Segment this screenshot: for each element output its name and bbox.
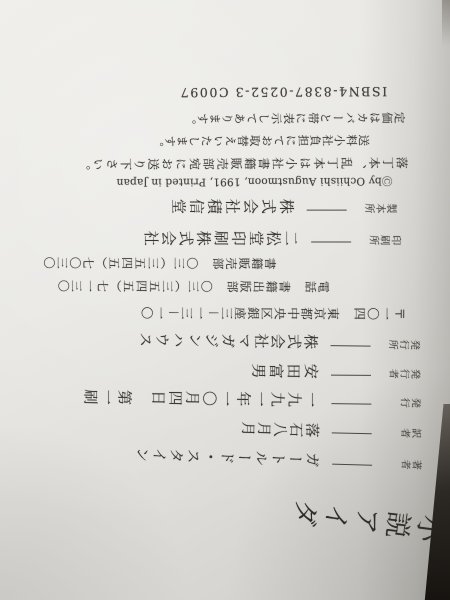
phone-line-1: 電話 書籍出版部 〇三（三五四五）七一三〇 (57, 278, 330, 293)
publisher-person-label: 発行者 (371, 365, 421, 377)
published-label: 発行 (371, 394, 421, 406)
publisher-name: 株式会社マガジンハウス (137, 330, 319, 350)
printer-row: 印刷所二松堂印刷株式会社 (142, 228, 402, 245)
publisher-label: 発行所 (371, 336, 421, 348)
price-note: 定価はカバーと帯に表示してあります。 (184, 110, 405, 124)
book-page-photo: ISBN4-8387-0252-3 C0097 定価はカバーと帯に表示してありま… (0, 0, 450, 600)
translator-label: 訳者 (372, 425, 422, 438)
printer-label: 印刷所 (351, 232, 401, 244)
publication-date-row: 発行一九九一年一〇月四日 第一刷 (81, 387, 421, 408)
binder-name: 株式会社積信堂 (169, 197, 295, 215)
label-rule (332, 463, 372, 465)
label-rule (331, 403, 371, 405)
label-rule (331, 374, 371, 376)
copyright-line: Ⓒby Ochiishi Augustmoon, 1991, Printed i… (116, 175, 392, 189)
author-label: 著者 (372, 455, 422, 468)
returns-note: 落丁本、乱丁本は小社書籍販売部宛にお送り下さい。 (77, 155, 408, 171)
phone-line-2: 書籍販売部 〇三（三五四五）七〇三〇 (42, 255, 276, 270)
label-rule (307, 209, 347, 210)
binder-row: 製本所株式会社積信堂 (169, 196, 397, 213)
label-rule (311, 241, 351, 242)
author-row: 著者ガートルード・スタイン (133, 444, 422, 470)
isbn-line: ISBN4-8387-0252-3 C0097 (179, 83, 387, 98)
label-rule (332, 433, 372, 435)
translator-name: 落石八月月 (240, 419, 320, 437)
printer-name: 二松堂印刷株式会社 (142, 229, 300, 247)
binder-label: 製本所 (347, 200, 397, 212)
translator-row: 訳者落石八月月 (240, 419, 422, 439)
label-rule (331, 345, 371, 347)
publication-date: 一九九一年一〇月四日 第一刷 (81, 387, 319, 408)
colophon-page: ISBN4-8387-0252-3 C0097 定価はカバーと帯に表示してありま… (0, 0, 450, 600)
publisher-address: 〒一〇四 東京都中央区銀座三－一三－一〇 (140, 304, 406, 319)
corner-shadow (442, 0, 450, 46)
author-name: ガートルード・スタイン (133, 445, 320, 469)
publisher-person-name: 安田富男 (249, 361, 319, 379)
postage-note: 送料小社負担にてお取替えいたします。 (152, 133, 370, 147)
publisher-person-row: 発行者安田富男 (249, 361, 421, 379)
book-title: 小説アイダ (287, 493, 445, 543)
publisher-row: 発行所株式会社マガジンハウス (137, 330, 421, 351)
